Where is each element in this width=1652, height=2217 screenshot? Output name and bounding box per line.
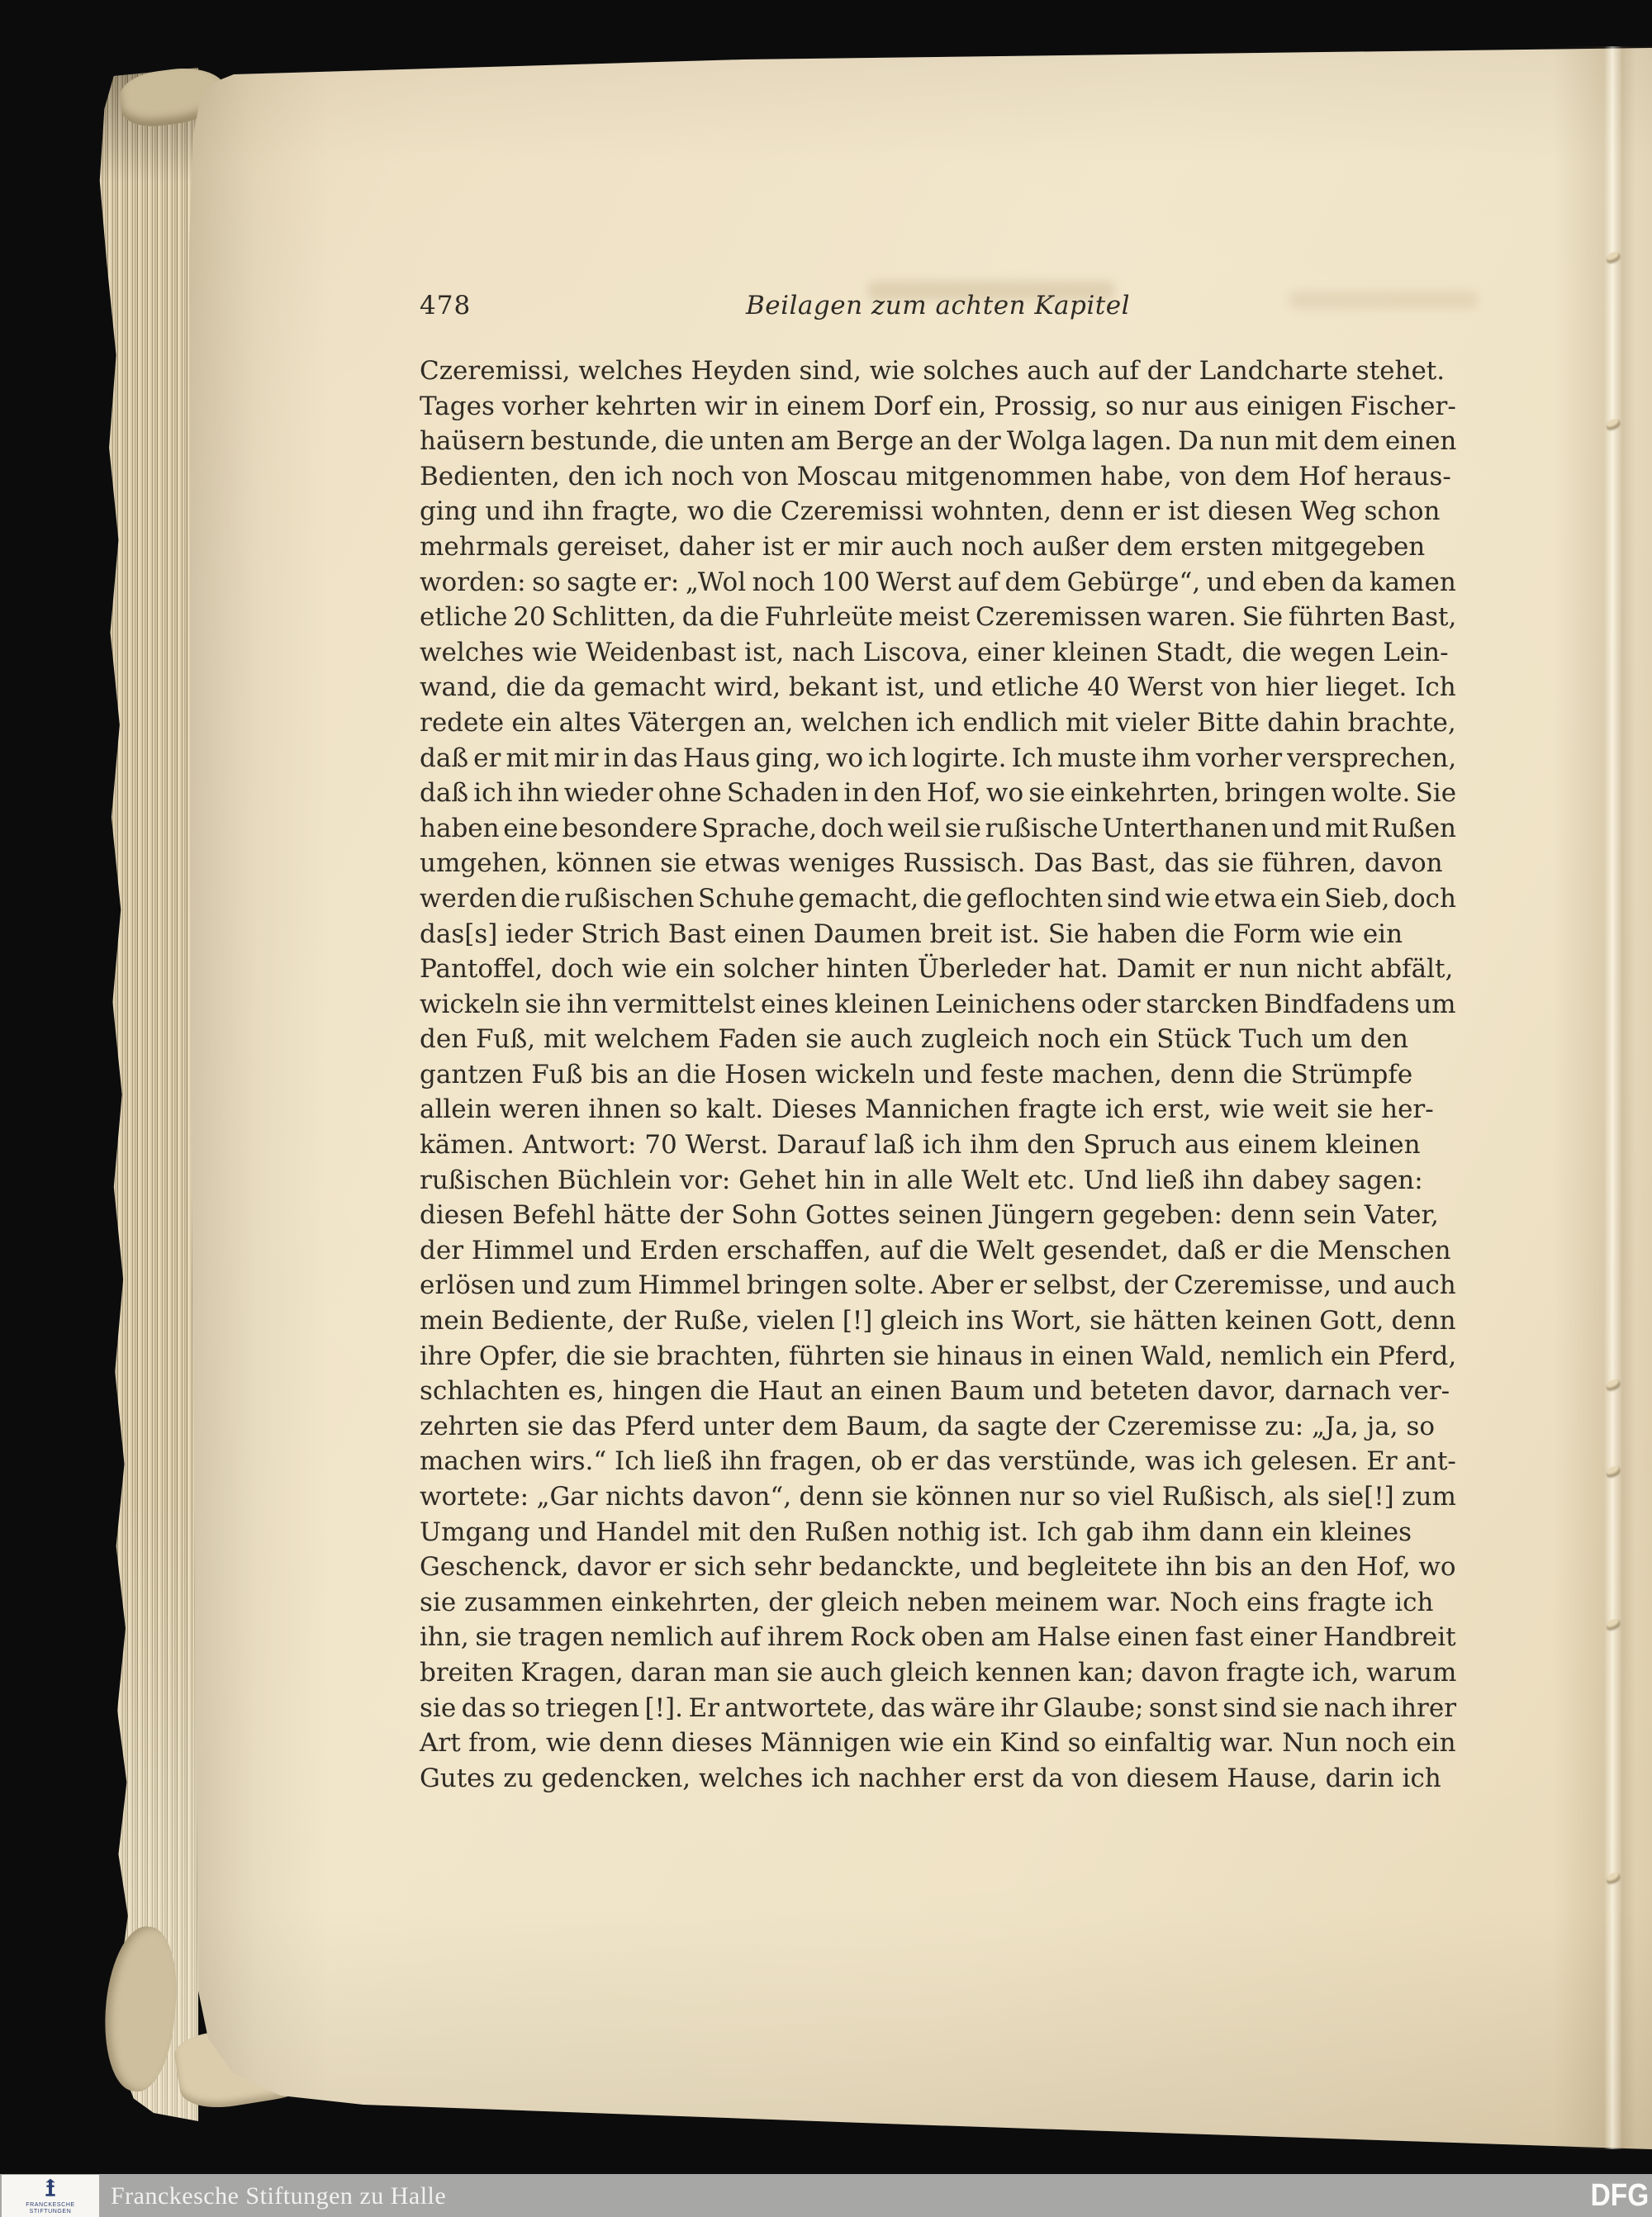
- body-text-line: daß ich ihn wieder ohne Schaden in den H…: [420, 776, 1456, 811]
- running-header-row: 478 Beilagen zum achten Kapitel: [420, 291, 1456, 327]
- body-text-line: mehrmals gereiset, daher ist er mir auch…: [420, 529, 1456, 565]
- body-text-line: welches wie Weidenbast ist, nach Liscova…: [420, 635, 1456, 671]
- francke-foundations-logo: FRANCKESCHE STIFTUNGEN: [2, 2175, 99, 2217]
- body-text-line: umgehen, können sie etwas weniges Russis…: [420, 846, 1456, 881]
- scanned-book-backdrop: 478 Beilagen zum achten Kapitel Czeremis…: [0, 0, 1652, 2217]
- body-text-block: Czeremissi, welches Heyden sind, wie sol…: [420, 354, 1456, 1796]
- body-text-line: erlösen und zum Himmel bringen solte. Ab…: [420, 1268, 1456, 1303]
- body-text-line: Czeremissi, welches Heyden sind, wie sol…: [420, 354, 1456, 389]
- body-text-line: diesen Befehl hätte der Sohn Gottes sein…: [420, 1198, 1456, 1233]
- running-header-title: Beilagen zum achten Kapitel: [420, 291, 1456, 320]
- binding-seam: [1553, 46, 1652, 2149]
- body-text-line: den Fuß, mit welchem Faden sie auch zugl…: [420, 1022, 1456, 1057]
- provenance-footer-bar: FRANCKESCHE STIFTUNGEN Franckesche Stift…: [0, 2174, 1652, 2217]
- stitch-knot: [1605, 250, 1621, 263]
- body-text-line: schlachten es, hingen die Haut an einen …: [420, 1374, 1456, 1409]
- body-text-line: das[s] ieder Strich Bast einen Daumen br…: [420, 917, 1456, 952]
- body-text-line: ihre Opfer, die sie brachten, führten si…: [420, 1339, 1456, 1374]
- stitch-knot: [1605, 1871, 1621, 1884]
- body-text-line: werden die rußischen Schuhe gemacht, die…: [420, 881, 1456, 917]
- body-text-line: Pantoffel, doch wie ein solcher hinten Ü…: [420, 952, 1456, 987]
- body-text-line: wand, die da gemacht wird, bekant ist, u…: [420, 670, 1456, 705]
- page-stack-fore-edge: [81, 68, 198, 2121]
- stitch-knot: [1605, 1465, 1621, 1478]
- body-text-line: Gutes zu gedencken, welches ich nachher …: [420, 1761, 1456, 1797]
- body-text-line: kämen. Antwort: 70 Werst. Darauf laß ich…: [420, 1127, 1456, 1163]
- francke-logo-caption-line1: FRANCKESCHE: [2, 2202, 99, 2209]
- body-text-line: wortete: „Gar nichts davon“, denn sie kö…: [420, 1479, 1456, 1515]
- body-text-line: der Himmel und Erden erschaffen, auf die…: [420, 1233, 1456, 1269]
- body-text-line: wickeln sie ihn vermittelst eines kleine…: [420, 987, 1456, 1023]
- body-text-line: Art from, wie denn dieses Männigen wie e…: [420, 1726, 1456, 1761]
- body-text-line: haüsern bestunde, die unten am Berge an …: [420, 424, 1456, 459]
- francke-logo-caption: FRANCKESCHE STIFTUNGEN: [2, 2202, 99, 2215]
- body-text-line: Bedienten, den ich noch von Moscau mitge…: [420, 459, 1456, 495]
- body-text-line: machen wirs.“ Ich ließ ihn fragen, ob er…: [420, 1444, 1456, 1479]
- body-text-line: gantzen Fuß bis an die Hosen wickeln und…: [420, 1057, 1456, 1093]
- body-text-line: mein Bediente, der Ruße, vielen [!] glei…: [420, 1303, 1456, 1339]
- body-text-line: redete ein altes Vätergen an, welchen ic…: [420, 705, 1456, 741]
- dfg-logo: DFG: [1590, 2178, 1649, 2214]
- body-text-line: sie das so triegen [!]. Er antwortete, d…: [420, 1691, 1456, 1726]
- body-text-line: Umgang und Handel mit den Rußen nothig i…: [420, 1515, 1456, 1550]
- body-text-line: ging und ihn fragte, wo die Czeremissi w…: [420, 494, 1456, 529]
- francke-emblem-icon: [2, 2177, 99, 2199]
- body-text-line: breiten Kragen, daran man sie auch gleic…: [420, 1655, 1456, 1691]
- body-text-line: etliche 20 Schlitten, da die Fuhrleüte m…: [420, 600, 1456, 635]
- stitch-knot: [1605, 417, 1621, 430]
- body-text-line: allein weren ihnen so kalt. Dieses Manni…: [420, 1092, 1456, 1127]
- body-text-line: haben eine besondere Sprache, doch weil …: [420, 811, 1456, 847]
- stitch-knot: [1605, 1617, 1621, 1631]
- body-text-line: ihn, sie tragen nemlich auf ihrem Rock o…: [420, 1620, 1456, 1655]
- francke-logo-caption-line2: STIFTUNGEN: [2, 2209, 99, 2215]
- body-text-line: daß er mit mir in das Haus ging, wo ich …: [420, 741, 1456, 776]
- body-text-line: Tages vorher kehrten wir in einem Dorf e…: [420, 389, 1456, 425]
- body-text-line: rußischen Büchlein vor: Gehet hin in all…: [420, 1163, 1456, 1199]
- body-text-line: worden: so sagte er: „Wol noch 100 Werst…: [420, 565, 1456, 601]
- body-text-line: zehrten sie das Pferd unter dem Baum, da…: [420, 1409, 1456, 1445]
- body-text-line: Geschenck, davor er sich sehr bedanckte,…: [420, 1550, 1456, 1585]
- printed-page-content: 478 Beilagen zum achten Kapitel Czeremis…: [420, 291, 1456, 1796]
- stitch-knot: [1605, 1378, 1621, 1391]
- body-text-line: sie zusammen einkehrten, der gleich nebe…: [420, 1585, 1456, 1621]
- footer-institution-label: Franckesche Stiftungen zu Halle: [111, 2174, 446, 2217]
